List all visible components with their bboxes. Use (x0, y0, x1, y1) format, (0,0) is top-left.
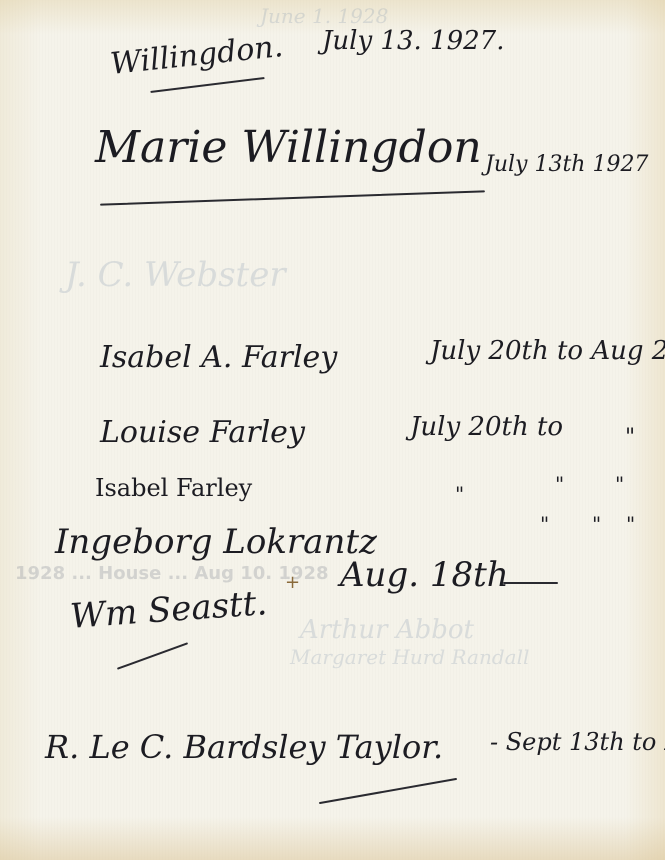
signature-name: Isabel Farley (95, 474, 252, 502)
signature-date: July 13th 1927 (485, 152, 648, 177)
bleed-through-name: Arthur Abbot (300, 615, 474, 645)
signature-name: Ingeborg Lokrantz (55, 522, 377, 562)
ditto-mark: " (455, 482, 464, 506)
signature-name: Isabel A. Farley (100, 340, 337, 375)
signature-name: Louise Farley (100, 415, 305, 450)
signature-date: July 20th to Aug 22nd (430, 336, 665, 366)
date-underline (503, 582, 558, 584)
ditto-mark: " (626, 512, 635, 536)
signature-date: Aug. 18th (340, 555, 509, 595)
pencil-cross-mark: + (285, 572, 300, 593)
bleed-through-name: Margaret Hurd Randall (290, 645, 529, 669)
signature-underline (100, 190, 485, 205)
bleed-through-name: J. C. Webster (65, 255, 286, 295)
signature-underline (150, 77, 264, 93)
ditto-mark: " (592, 512, 601, 536)
signature-name: Willingdon. (109, 29, 285, 82)
ditto-mark: " (540, 512, 549, 536)
signature-date: - Sept 13th to 25th (490, 728, 665, 756)
signature-name: R. Le C. Bardsley Taylor. (45, 728, 443, 766)
signature-name: Wm Seastt. (69, 583, 269, 637)
bleed-through-stamp: 1928 ... House ... Aug 10. 1928 (15, 563, 329, 584)
signature-underline (117, 642, 188, 670)
signature-name: Marie Willingdon (95, 122, 482, 173)
signature-underline (319, 778, 457, 804)
bleed-through-date: June 1. 1928 (260, 4, 388, 28)
signature-date: July 20th to (410, 412, 563, 442)
ditto-mark: " (555, 472, 564, 496)
guest-book-page: June 1. 1928 J. C. Webster 1928 ... Hous… (0, 0, 665, 860)
ditto-mark: " (615, 472, 624, 496)
signature-date: July 13. 1927. (322, 26, 504, 56)
ditto-mark: " (625, 425, 635, 450)
